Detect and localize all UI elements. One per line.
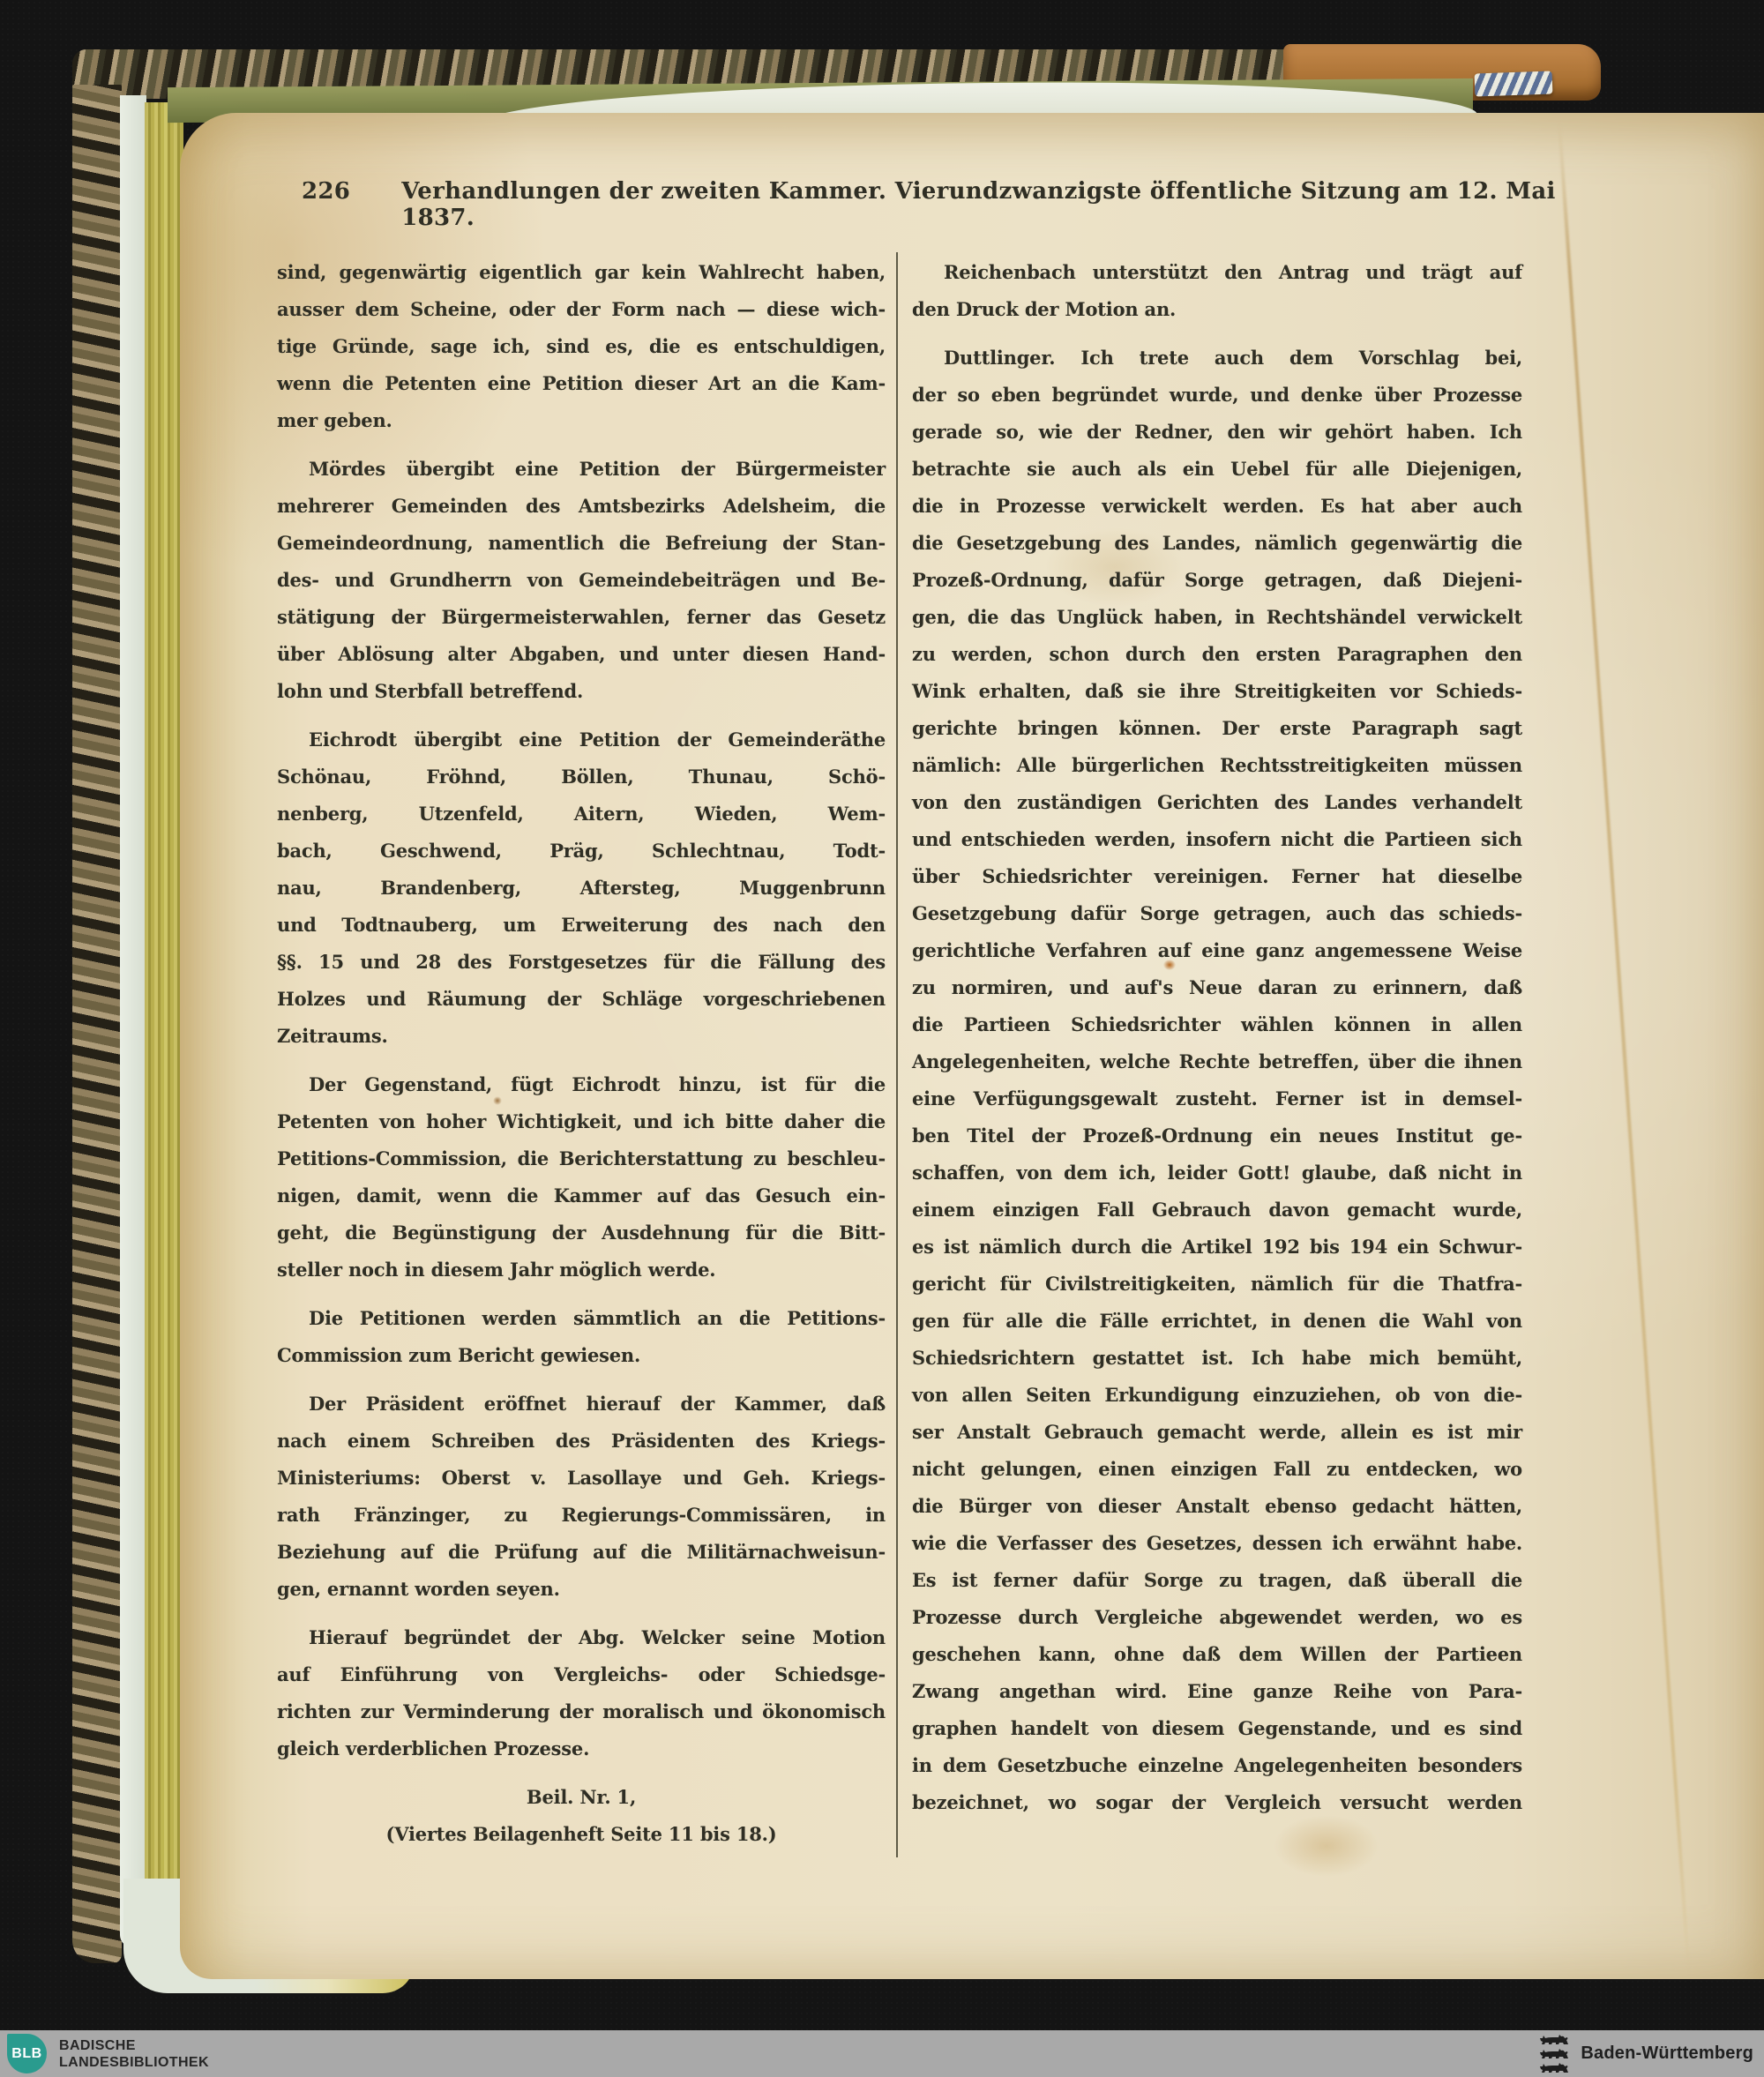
text-line: Prozesse durch Vergleiche abgewendet wer…	[912, 1599, 1522, 1636]
text-line: gerichte bringen können. Der erste Parag…	[912, 710, 1522, 747]
text-line: richten zur Verminderung der moralisch u…	[277, 1693, 886, 1730]
text-line: mehrerer Gemeinden des Amtsbezirks Adels…	[277, 488, 886, 525]
text-line: schaffen, von dem ich, leider Gott! glau…	[912, 1154, 1522, 1192]
text-line: rath Fränzinger, zu Regierungs-Commissär…	[277, 1497, 886, 1534]
text-line: und Todtnauberg, um Erweiterung des nach…	[277, 907, 886, 944]
book-page: 226 Verhandlungen der zweiten Kammer. Vi…	[180, 113, 1764, 1979]
text-line: betrachte sie auch als ein Uebel für all…	[912, 451, 1522, 488]
paragraph: sind, gegenwärtig eigentlich gar kein Wa…	[277, 254, 886, 439]
text-line: Petenten von hoher Wichtigkeit, und ich …	[277, 1103, 886, 1140]
text-line: wenn die Petenten eine Petition dieser A…	[277, 365, 886, 402]
text-line: Holzes und Räumung der Schläge vorgeschr…	[277, 981, 886, 1018]
text-line: §§. 15 und 28 des Forstgesetzes für die …	[277, 944, 886, 981]
text-line: es ist nämlich durch die Artikel 192 bis…	[912, 1229, 1522, 1266]
text-line: in dem Gesetzbuche einzelne Angelegenhei…	[912, 1747, 1522, 1784]
text-line: Ministeriums: Oberst v. Lasollaye und Ge…	[277, 1460, 886, 1497]
text-line: Reichenbach unterstützt den Antrag und t…	[912, 254, 1522, 291]
text-line: bach, Geschwend, Präg, Schlechtnau, Todt…	[277, 833, 886, 870]
digitized-book-scan: 226 Verhandlungen der zweiten Kammer. Vi…	[0, 0, 1764, 2077]
text-line: Angelegenheiten, welche Rechte betreffen…	[912, 1043, 1522, 1080]
paragraph: Der Präsident eröffnet hierauf der Kamme…	[277, 1386, 886, 1608]
text-line: wie die Verfasser des Gesetzes, dessen i…	[912, 1525, 1522, 1562]
text-line: gericht für Civilstreitigkeiten, nämlich…	[912, 1266, 1522, 1303]
text-line: Prozeß-Ordnung, dafür Sorge getragen, da…	[912, 562, 1522, 599]
text-line: tige Gründe, sage ich, sind es, die es e…	[277, 328, 886, 365]
text-line: sind, gegenwärtig eigentlich gar kein Wa…	[277, 254, 886, 291]
text-line: nach einem Schreiben des Präsidenten des…	[277, 1423, 886, 1460]
text-line: nicht gelungen, einen einzigen Fall zu e…	[912, 1451, 1522, 1488]
book-fore-edge-pages	[145, 102, 183, 1956]
text-line: Wink erhalten, daß sie ihre Streitigkeit…	[912, 673, 1522, 710]
book-endpaper-edge	[120, 95, 146, 1947]
right-text-column: Reichenbach unterstützt den Antrag und t…	[912, 254, 1522, 1821]
text-line: eine Verfügungsgewalt zusteht. Ferner is…	[912, 1080, 1522, 1117]
text-line: Commission zum Bericht gewiesen.	[277, 1337, 886, 1374]
text-line: nenberg, Utzenfeld, Aitern, Wieden, Wem-	[277, 796, 886, 833]
text-line: Der Präsident eröffnet hierauf der Kamme…	[277, 1386, 886, 1423]
text-line: auf Einführung von Vergleichs- oder Schi…	[277, 1656, 886, 1693]
text-line: Der Gegenstand, fügt Eichrodt hinzu, ist…	[277, 1066, 886, 1103]
text-line: ben Titel der Prozeß-Ordnung ein neues I…	[912, 1117, 1522, 1154]
text-line: Mördes übergibt eine Petition der Bürger…	[277, 451, 886, 488]
text-line: gen, die das Unglück haben, in Rechtshän…	[912, 599, 1522, 636]
text-line: über Ablösung alter Abgaben, und unter d…	[277, 636, 886, 673]
text-line: gen für alle die Fälle errichtet, in den…	[912, 1303, 1522, 1340]
text-line: lohn und Sterbfall betreffend.	[277, 673, 886, 710]
text-line: Die Petitionen werden sämmtlich an die P…	[277, 1300, 886, 1337]
text-line: Beziehung auf die Prüfung auf die Militä…	[277, 1534, 886, 1571]
text-line: gerichtliche Verfahren auf eine ganz ang…	[912, 932, 1522, 969]
paragraph: Duttlinger. Ich trete auch dem Vorschlag…	[912, 340, 1522, 1821]
text-line: ser Anstalt Gebrauch gemacht werde, alle…	[912, 1414, 1522, 1451]
text-line: gleich verderblichen Prozesse.	[277, 1730, 886, 1767]
text-line: Zeitraums.	[277, 1018, 886, 1055]
bw-coat-of-arms-icon	[1538, 2034, 1570, 2074]
paragraph: Eichrodt übergibt eine Petition der Geme…	[277, 721, 886, 1055]
text-line: zu werden, schon durch den ersten Paragr…	[912, 636, 1522, 673]
text-line: über Schiedsrichter vereinigen. Ferner h…	[912, 858, 1522, 895]
paragraph: Die Petitionen werden sämmtlich an die P…	[277, 1300, 886, 1374]
text-line: einem einzigen Fall Gebrauch davon gemac…	[912, 1192, 1522, 1229]
text-line: die Partieen Schiedsrichter wählen könne…	[912, 1006, 1522, 1043]
text-line: die Gesetzgebung des Landes, nämlich geg…	[912, 525, 1522, 562]
state-branding: Baden-Württemberg	[1538, 2034, 1753, 2074]
text-line: Petitions-Commission, die Berichterstatt…	[277, 1140, 886, 1177]
library-name: BADISCHE LANDESBIBLIOTHEK	[59, 2037, 209, 2071]
text-line: nau, Brandenberg, Aftersteg, Muggenbrunn	[277, 870, 886, 907]
text-line: zu normiren, und auf's Neue daran zu eri…	[912, 969, 1522, 1006]
text-line: geht, die Begünstigung der Ausdehnung fü…	[277, 1214, 886, 1251]
paragraph: Hierauf begründet der Abg. Welcker seine…	[277, 1619, 886, 1767]
text-line: geschehen kann, ohne daß dem Willen der …	[912, 1636, 1522, 1673]
text-line: steller noch in diesem Jahr möglich werd…	[277, 1251, 886, 1289]
library-name-line1: BADISCHE	[59, 2037, 209, 2054]
paragraph: Reichenbach unterstützt den Antrag und t…	[912, 254, 1522, 328]
text-line: der so eben begründet wurde, und denke ü…	[912, 377, 1522, 414]
state-name: Baden-Württemberg	[1581, 2043, 1753, 2064]
page-crease	[1558, 123, 1690, 1971]
text-line: gerade so, wie der Redner, den wir gehör…	[912, 414, 1522, 451]
text-line: die Bürger von dieser Anstalt ebenso ged…	[912, 1488, 1522, 1525]
text-line: graphen handelt von diesem Gegenstande, …	[912, 1710, 1522, 1747]
text-line: den Druck der Motion an.	[912, 291, 1522, 328]
text-line: bezeichnet, wo sogar der Vergleich versu…	[912, 1784, 1522, 1821]
text-line: die in Prozesse verwickelt werden. Es ha…	[912, 488, 1522, 525]
running-header-title: Verhandlungen der zweiten Kammer. Vierun…	[401, 178, 1607, 231]
column-divider-rule	[896, 252, 898, 1857]
text-line: Schiedsrichtern gestattet ist. Ich habe …	[912, 1340, 1522, 1377]
text-line: Zwang angethan wird. Eine ganze Reihe vo…	[912, 1673, 1522, 1710]
text-line: Gemeindeordnung, namentlich die Befreiun…	[277, 525, 886, 562]
text-line: nämlich: Alle bürgerlichen Rechtsstreiti…	[912, 747, 1522, 784]
running-header: 226 Verhandlungen der zweiten Kammer. Vi…	[302, 178, 1607, 231]
paragraph: Der Gegenstand, fügt Eichrodt hinzu, ist…	[277, 1066, 886, 1289]
text-line: Schönau, Fröhnd, Böllen, Thunau, Schö-	[277, 758, 886, 796]
text-line: Es ist ferner dafür Sorge zu tragen, daß…	[912, 1562, 1522, 1599]
text-line: des- und Grundherrn von Gemeindebeiträge…	[277, 562, 886, 599]
library-name-line2: LANDESBIBLIOTHEK	[59, 2054, 209, 2071]
text-line: nigen, damit, wenn die Kammer auf das Ge…	[277, 1177, 886, 1214]
text-line: Gesetzgebung dafür Sorge getragen, auch …	[912, 895, 1522, 932]
book-cover-left-edge	[72, 85, 122, 1963]
text-line: gen, ernannt worden seyen.	[277, 1571, 886, 1608]
blb-logo-icon: BLB	[7, 2034, 47, 2073]
blb-logo-text: BLB	[11, 2046, 41, 2062]
text-line: Duttlinger. Ich trete auch dem Vorschlag…	[912, 340, 1522, 377]
text-line: stätigung der Bürgermeisterwahlen, ferne…	[277, 599, 886, 636]
library-footer-bar: BLB BADISCHE LANDESBIBLIOTHEK Baden-Würt…	[0, 2030, 1764, 2077]
left-text-column: sind, gegenwärtig eigentlich gar kein Wa…	[277, 254, 886, 1853]
text-line: (Viertes Beilagenheft Seite 11 bis 18.)	[277, 1816, 886, 1853]
page-number: 226	[302, 178, 350, 205]
text-line: von den zuständigen Gerichten des Landes…	[912, 784, 1522, 821]
paragraph: Mördes übergibt eine Petition der Bürger…	[277, 451, 886, 710]
book-endband	[1475, 71, 1553, 96]
text-line: Beil. Nr. 1,	[277, 1779, 886, 1816]
text-line: mer geben.	[277, 402, 886, 439]
foxing-spot	[1274, 1815, 1379, 1877]
text-line: Hierauf begründet der Abg. Welcker seine…	[277, 1619, 886, 1656]
paragraph: Beil. Nr. 1,(Viertes Beilagenheft Seite …	[277, 1779, 886, 1853]
text-line: Eichrodt übergibt eine Petition der Geme…	[277, 721, 886, 758]
text-line: ausser dem Scheine, oder der Form nach —…	[277, 291, 886, 328]
text-line: und entschieden werden, insofern nicht d…	[912, 821, 1522, 858]
text-line: von allen Seiten Erkundigung einzuziehen…	[912, 1377, 1522, 1414]
